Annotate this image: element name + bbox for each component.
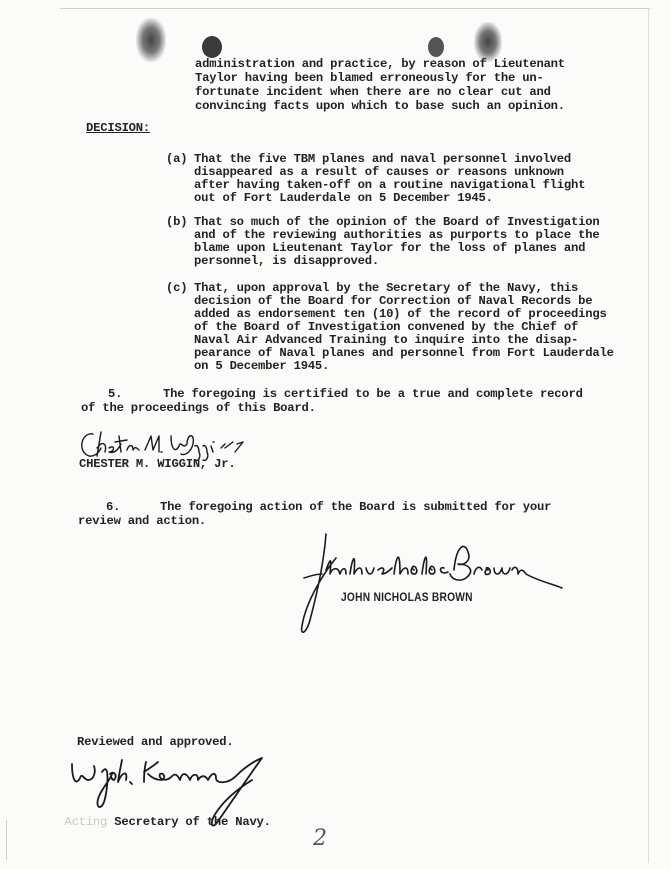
page-edge-right — [648, 8, 649, 863]
staple-mark-left — [136, 18, 166, 62]
text-line: fortunate incident when there are no cle… — [195, 86, 551, 99]
page-edge-left — [6, 820, 7, 860]
item-label: (c) — [166, 282, 187, 295]
signer-name-wiggin: CHESTER M. WIGGIN, Jr. — [79, 458, 236, 471]
approval-text: Reviewed and approved. — [77, 736, 234, 749]
text-line: convincing facts upon which to base such… — [195, 100, 565, 113]
text-line: personnel, is disapproved. — [194, 255, 379, 268]
paragraph-number: 5. — [108, 388, 122, 401]
signature-john-nicholas-brown — [296, 530, 576, 640]
document-page: administration and practice, by reason o… — [0, 0, 671, 869]
punch-hole-right — [428, 37, 444, 57]
text-line: on 5 December 1945. — [194, 360, 329, 373]
title-text: Secretary of the Navy. — [114, 815, 271, 829]
text-line: administration and practice, by reason o… — [195, 58, 565, 71]
text-line: of the proceedings of this Board. — [81, 402, 316, 415]
staple-mark-right — [474, 22, 502, 62]
text-line: out of Fort Lauderdale on 5 December 194… — [194, 192, 493, 205]
text-line: The foregoing is certified to be a true … — [163, 388, 583, 401]
signer-name-brown: JOHN NICHOLAS BROWN — [341, 590, 473, 604]
punch-hole-left — [202, 36, 222, 58]
item-label: (a) — [166, 153, 187, 166]
text-line: Taylor having been blamed erroneously fo… — [195, 72, 544, 85]
text-line: The foregoing action of the Board is sub… — [160, 501, 551, 514]
item-label: (b) — [166, 216, 187, 229]
handwritten-page-number: 2 — [313, 826, 327, 851]
paragraph-number: 6. — [106, 501, 120, 514]
page-edge-top — [60, 8, 650, 9]
secretary-title: Acting Secretary of the Navy. — [36, 803, 271, 843]
decision-heading: DECISION: — [86, 122, 150, 135]
title-prefix-faint: Acting — [64, 815, 107, 829]
text-line: review and action. — [78, 515, 206, 528]
